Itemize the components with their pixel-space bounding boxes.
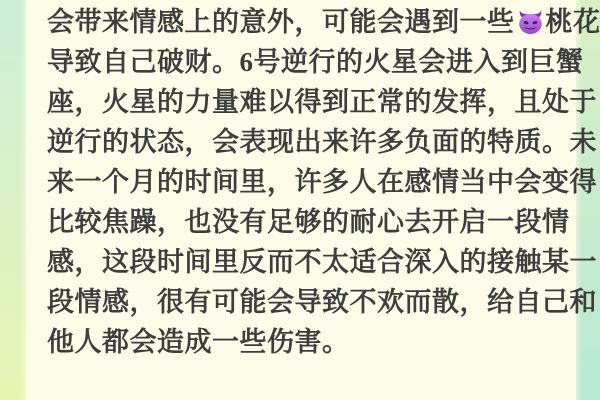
text-line-1: 会带来情感上的意外，可能会遇到一些 桃花	[47, 2, 560, 42]
page: 会带来情感上的意外，可能会遇到一些 桃花 导致	[0, 0, 600, 400]
text-line-7: 感，这段时间里反而不太适合深入的接触某一	[47, 242, 560, 282]
background-gradient-left-band	[0, 0, 26, 400]
text-line-1-post: 桃花	[546, 7, 600, 37]
text-line-6: 比较焦躁，也没有足够的耐心去开启一段情	[47, 202, 560, 242]
text-line-3: 座，火星的力量难以得到正常的发挥，且处于	[47, 82, 560, 122]
text-line-2: 导致自己破财。6号逆行的火星会进入到巨蟹	[47, 42, 560, 82]
text-line-8: 段情感，很有可能会导致不欢而散，给自己和	[47, 282, 560, 322]
horoscope-paragraph: 会带来情感上的意外，可能会遇到一些 桃花 导致	[47, 2, 560, 362]
text-line-1-pre: 会带来情感上的意外，可能会遇到一些	[47, 7, 515, 37]
text-line-5: 来一个月的时间里，许多人在感情当中会变得	[47, 162, 560, 202]
smiling-devil-emoji-icon	[516, 7, 545, 36]
text-line-4: 逆行的状态，会表现出来许多负面的特质。未	[47, 122, 560, 162]
text-line-9: 他人都会造成一些伤害。	[47, 322, 560, 362]
